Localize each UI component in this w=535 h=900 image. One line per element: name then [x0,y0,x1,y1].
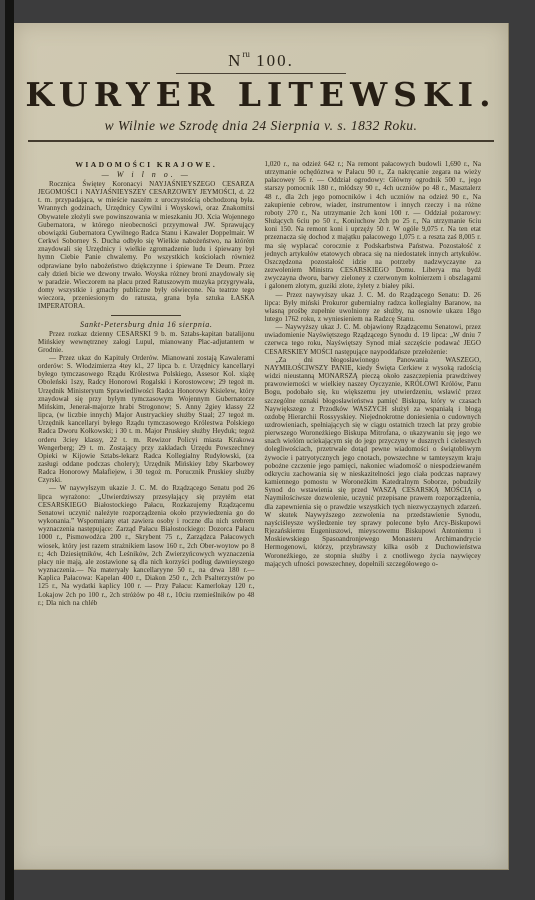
paragraph-baranow: — Przez naywyższy ukaz J. C. M. do Rządz… [265,291,482,324]
newspaper-page: Nru 100. KURYER LITEWSKI. w Wilnie we Sz… [14,23,509,870]
newspaper-title: KURYER LITEWSKI. [14,78,508,113]
paragraph-koronacya: Rocznica Świętey Koronacyi NAYJAŚNIEYSZE… [38,180,255,311]
spine-shadow [5,0,14,900]
masthead: Nru 100. KURYER LITEWSKI. w Wilnie we Sz… [14,23,508,142]
column-right: 1,020 r., na odzież 642 r.; Na remont pa… [265,160,482,820]
paragraph-synod: — Naywyższy ukaz J. C. M. objawiony Rząd… [265,323,482,356]
issue-number-sup: ru [242,49,250,59]
subheading-wilno: — W i l n o. — [38,170,255,180]
header-rule [28,140,494,142]
issue-number: Nru 100. [14,49,508,71]
section-divider-rule [111,315,181,316]
paragraph-rozkaz: Przez rozkaz dzienny CESARSKI 9 b. m. Sz… [38,330,255,354]
subheading-petersburg: Sankt-Petersburg dnia 16 sierpnia. [38,319,255,330]
column-left: WIADOMOŚCI KRAJOWE.— W i l n o. —Rocznic… [38,160,255,820]
paragraph-mitrofan: „Za dni błogosławionego Panowania WASZEG… [265,356,482,568]
section-heading-wiadomosci: WIADOMOŚCI KRAJOWE. [38,160,255,170]
paragraph-etat-palacu: — W naywyłszym ukazie J. C. M. do Rządzą… [38,484,255,606]
article-columns: WIADOMOŚCI KRAJOWE.— W i l n o. —Rocznic… [38,160,481,820]
dateline: w Wilnie we Szrodę dnia 24 Sierpnia v. s… [14,118,508,134]
masthead-rule [176,73,346,74]
paragraph-ordery: — Przez ukaz do Kapituły Orderów. Mianow… [38,354,255,485]
paragraph-etat-ciag-dalszy: 1,020 r., na odzież 642 r.; Na remont pa… [265,160,482,291]
